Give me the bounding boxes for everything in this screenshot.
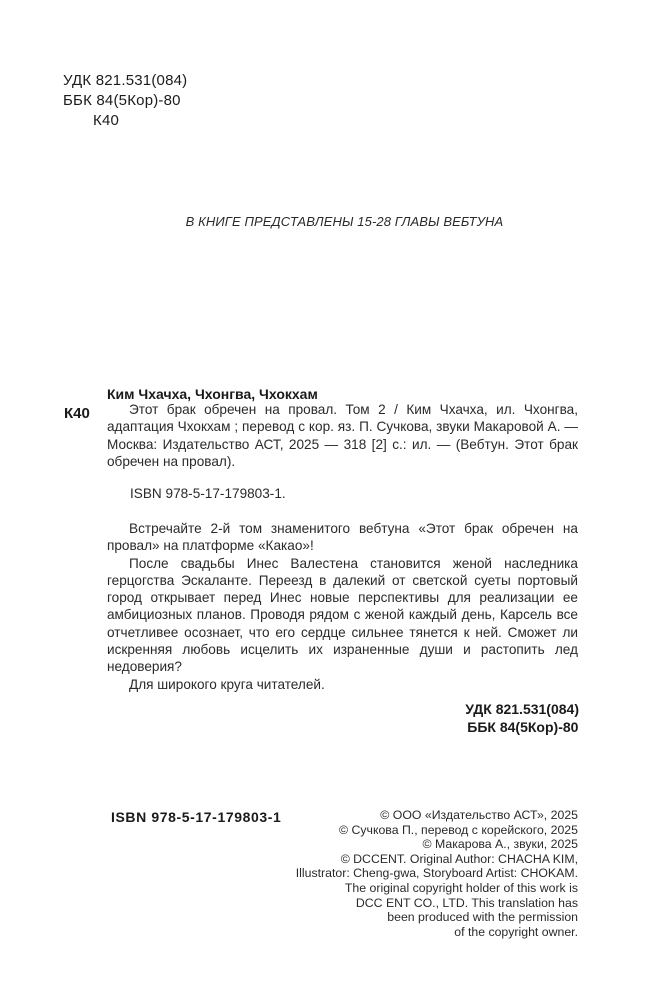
copyright-line: © Сучкова П., перевод с корейского, 2025 [296, 823, 578, 838]
annotation: Встречайте 2-й том знаменитого вебтуна «… [107, 520, 578, 693]
chapters-notice: В КНИГЕ ПРЕДСТАВЛЕНЫ 15-28 ГЛАВЫ ВЕБТУНА [0, 214, 667, 229]
copyright-line: © ООО «Издательство АСТ», 2025 [296, 808, 578, 823]
bbk-code: ББК 84(5Кор)-80 [465, 718, 579, 736]
copyright-line: Illustrator: Cheng-gwa, Storyboard Artis… [296, 866, 578, 881]
footer-isbn: ISBN 978-5-17-179803-1 [111, 809, 281, 825]
udk-code: УДК 821.531(084) [465, 700, 579, 718]
copyright-line: The original copyright holder of this wo… [296, 881, 578, 896]
copyright-line: © Макарова А., звуки, 2025 [296, 837, 578, 852]
bottom-classification-block: УДК 821.531(084) ББК 84(5Кор)-80 [465, 700, 579, 736]
record-description: Этот брак обречен на провал. Том 2 / Ким… [107, 401, 578, 470]
annotation-paragraph: Встречайте 2-й том знаменитого вебтуна «… [107, 520, 578, 555]
cutter-code: К40 [63, 111, 187, 131]
copyright-line: © DCCENT. Original Author: CHACHA KIM, [296, 852, 578, 867]
copyright-line: of the copyright owner. [296, 925, 578, 940]
record-cutter-code: К40 [64, 405, 90, 422]
annotation-audience: Для широкого круга читателей. [107, 676, 578, 693]
bbk-code: ББК 84(5Кор)-80 [63, 91, 187, 111]
record-isbn: ISBN 978-5-17-179803-1. [130, 486, 286, 501]
copyright-line: been produced with the permission [296, 910, 578, 925]
annotation-paragraph: После свадьбы Инес Валестена становится … [107, 555, 578, 676]
top-classification-block: УДК 821.531(084) ББК 84(5Кор)-80 К40 [63, 71, 187, 131]
udk-code: УДК 821.531(084) [63, 71, 187, 91]
copyright-line: DCC ENT CO., LTD. This translation has [296, 896, 578, 911]
copyright-block: © ООО «Издательство АСТ», 2025 © Сучкова… [296, 808, 578, 939]
